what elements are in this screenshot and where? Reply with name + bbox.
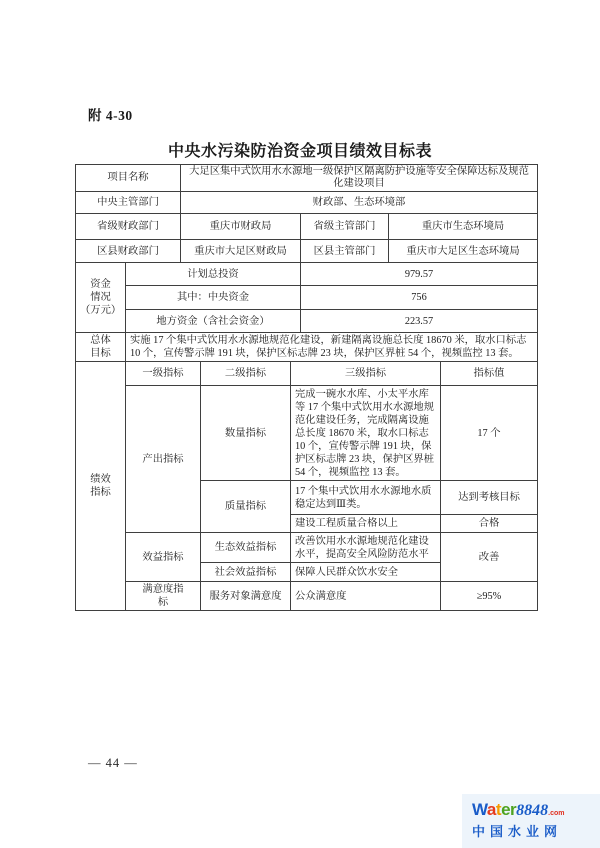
quantity-indicator-value: 17 个 xyxy=(441,386,538,481)
document-page: { "doc": { "attachment": "附 4-30", "titl… xyxy=(0,0,600,848)
satisfaction-label-line: 满意度指 xyxy=(130,583,196,596)
logo-subtitle: 中国水业网 xyxy=(472,823,592,841)
prov-finance-label: 省级财政部门 xyxy=(76,214,181,240)
funding-total-label: 计划总投资 xyxy=(126,263,301,286)
header-target-value: 指标值 xyxy=(441,362,538,386)
benefit-indicator-value: 改善 xyxy=(441,533,538,582)
funding-label: 资金 情况 （万元） xyxy=(76,263,126,333)
logo-digits: 8848 xyxy=(516,802,548,819)
quantity-indicator-label: 数量指标 xyxy=(201,386,291,481)
logo-letter-a: a xyxy=(487,800,496,819)
header-level1: 一级指标 xyxy=(126,362,201,386)
quality-indicator-value-1: 达到考核目标 xyxy=(441,481,538,515)
table-section-funding: 资金 情况 （万元） 计划总投资 979.57 其中：中央资金 756 地方资金… xyxy=(75,262,538,333)
performance-label: 绩效 指标 xyxy=(76,362,126,611)
funding-central-label: 其中：中央资金 xyxy=(126,286,301,310)
logo-letter-e: e xyxy=(501,800,510,819)
benefit-indicator-label: 效益指标 xyxy=(126,533,201,582)
funding-total-value: 979.57 xyxy=(301,263,538,286)
table-section-overall-goal: 总体 目标 实施 17 个集中式饮用水水源地规范化建设，新建隔离设施总长度 18… xyxy=(75,332,538,362)
county-dept-value: 重庆市大足区生态环境局 xyxy=(389,240,538,263)
output-indicator-label: 产出指标 xyxy=(126,386,201,533)
table-section-departments: 项目名称 大足区集中式饮用水水源地一级保护区隔离防护设施等安全保障达标及规范化建… xyxy=(75,164,538,263)
quality-indicator-value-2: 合格 xyxy=(441,515,538,533)
funding-local-value: 223.57 xyxy=(301,310,538,333)
project-name-label: 项目名称 xyxy=(76,165,181,192)
page-title: 中央水污染防治资金项目绩效目标表 xyxy=(0,138,600,161)
funding-local-label: 地方资金（含社会资金） xyxy=(126,310,301,333)
header-level3: 三级指标 xyxy=(291,362,441,386)
quality-indicator-detail-2: 建设工程质量合格以上 xyxy=(291,515,441,533)
satisfaction-sub-label: 服务对象满意度 xyxy=(201,582,291,611)
logo-letter-w: W xyxy=(472,800,487,819)
overall-goal-label-line: 总体 xyxy=(80,334,121,347)
overall-goal-label: 总体 目标 xyxy=(76,333,126,362)
project-name-value: 大足区集中式饮用水水源地一级保护区隔离防护设施等安全保障达标及规范化建设项目 xyxy=(181,165,538,192)
performance-label-line: 绩效 xyxy=(80,473,121,486)
eco-benefit-detail: 改善饮用水水源地规范化建设水平，提高安全风险防范水平 xyxy=(291,533,441,563)
funding-label-line: （万元） xyxy=(80,304,121,317)
overall-goal-value: 实施 17 个集中式饮用水水源地规范化建设，新建隔离设施总长度 18670 米，… xyxy=(126,333,538,362)
social-benefit-label: 社会效益指标 xyxy=(201,563,291,582)
prov-finance-value: 重庆市财政局 xyxy=(181,214,301,240)
funding-central-value: 756 xyxy=(301,286,538,310)
satisfaction-detail: 公众满意度 xyxy=(291,582,441,611)
central-dept-label: 中央主管部门 xyxy=(76,192,181,214)
table-section-performance: 绩效 指标 一级指标 二级指标 三级指标 指标值 产出指标 数量指标 完成一碗水… xyxy=(75,361,538,611)
page-number: — 44 — xyxy=(88,756,138,771)
performance-target-table: 项目名称 大足区集中式饮用水水源地一级保护区隔离防护设施等安全保障达标及规范化建… xyxy=(75,164,537,611)
attachment-label: 附 4-30 xyxy=(88,104,133,124)
central-dept-value: 财政部、生态环境部 xyxy=(181,192,538,214)
quality-indicator-label: 质量指标 xyxy=(201,481,291,533)
water8848-logo: Water8848.com 中国水业网 xyxy=(462,794,600,848)
county-dept-label: 区县主管部门 xyxy=(301,240,389,263)
county-finance-label: 区县财政部门 xyxy=(76,240,181,263)
logo-tld: .com xyxy=(548,810,564,817)
satisfaction-indicator-label: 满意度指 标 xyxy=(126,582,201,611)
quantity-indicator-detail: 完成一碗水水库、小太平水库等 17 个集中式饮用水水源地规范化建设任务，完成隔离… xyxy=(291,386,441,481)
prov-dept-value: 重庆市生态环境局 xyxy=(389,214,538,240)
header-level2: 二级指标 xyxy=(201,362,291,386)
water8848-wordmark: Water8848.com xyxy=(472,801,592,823)
funding-label-line: 情况 xyxy=(80,291,121,304)
satisfaction-value: ≥95% xyxy=(441,582,538,611)
social-benefit-detail: 保障人民群众饮水安全 xyxy=(291,563,441,582)
county-finance-value: 重庆市大足区财政局 xyxy=(181,240,301,263)
prov-dept-label: 省级主管部门 xyxy=(301,214,389,240)
funding-label-line: 资金 xyxy=(80,278,121,291)
eco-benefit-label: 生态效益指标 xyxy=(201,533,291,563)
overall-goal-label-line: 目标 xyxy=(80,347,121,360)
quality-indicator-detail-1: 17 个集中式饮用水水源地水质稳定达到Ⅲ类。 xyxy=(291,481,441,515)
performance-label-line: 指标 xyxy=(80,486,121,499)
satisfaction-label-line: 标 xyxy=(130,596,196,609)
